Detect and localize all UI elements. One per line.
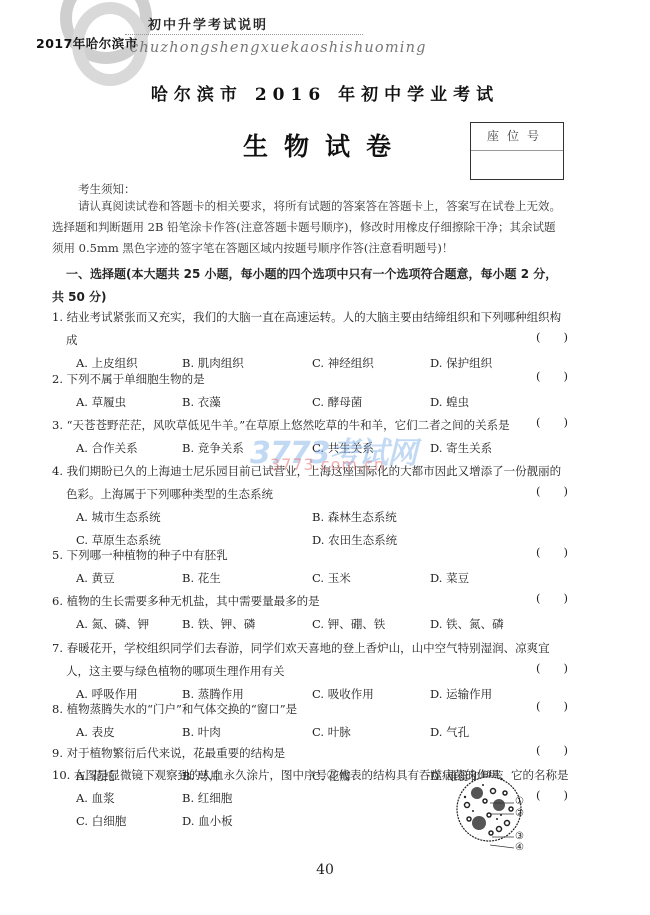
option-a: A. 合作关系 [76,437,138,460]
header-series-pinyin: chuzhongshengxuekaoshishuoming [130,40,427,56]
exam-title: 哈尔滨市 2016 年初中学业考试 [0,80,650,105]
callout-3: ③ [515,831,524,842]
option-b: B. 红细胞 [182,787,232,810]
option-a: A. 氮、磷、钾 [76,613,149,636]
option-c: C. 酵母菌 [312,391,362,414]
watermark-url: 3773.com.cn [270,455,385,474]
option-a: A. 城市生态系统 [76,506,161,529]
option-d: D. 血小板 [182,810,233,833]
notice-body: 请认真阅读试卷和答题卡的相关要求，将所有试题的答案答在答题卡上，答案写在试卷上无… [52,196,562,259]
question-text: 1. 结业考试紧张而又充实，我们的大脑一直在高速运转。人的大脑主要由结缔组织和下… [52,306,566,352]
answer-blank: ( ) [536,483,568,499]
option-c: C. 叶脉 [312,721,351,744]
answer-blank: ( ) [536,660,568,676]
option-b: B. 花生 [182,567,221,590]
header-year-city: 2017年哈尔滨市 [36,34,138,52]
callout-1: ① [515,796,524,807]
option-b: B. 森林生态系统 [312,506,397,529]
option-a: A. 血浆 [76,787,115,810]
section-heading: 一、选择题(本大题共 25 小题，每小题的四个选项中只有一个选项符合题意，每小题… [52,263,562,309]
answer-blank: ( ) [536,329,568,345]
seat-number-box: 座位号 [470,122,564,180]
options-row: A. 城市生态系统 B. 森林生态系统 [52,506,568,529]
option-d: D. 蝗虫 [430,391,469,414]
options-row: A. 黄豆 B. 花生 C. 玉米 D. 菜豆 [52,567,568,590]
answer-blank: ( ) [536,590,568,606]
question-text: 7. 春暖花开，学校组织同学们去春游，同学们欢天喜地的登上香炉山，山中空气特别湿… [52,637,566,683]
question-5: 5. 下列哪一种植物的种子中有胚乳 ( ) A. 黄豆 B. 花生 C. 玉米 … [52,544,568,590]
answer-blank: ( ) [536,698,568,714]
options-row: A. 草履虫 B. 衣藻 C. 酵母菌 D. 蝗虫 [52,391,568,414]
option-c: C. 玉米 [312,567,351,590]
option-a: A. 黄豆 [76,567,115,590]
question-text: 8. 植物蒸腾失水的“门户”和气体交换的“窗口”是 [52,698,568,721]
answer-blank: ( ) [536,414,568,430]
option-d: D. 铁、氮、磷 [430,613,504,636]
option-d: D. 菜豆 [430,567,469,590]
answer-blank: ( ) [536,544,568,560]
page-number: 40 [0,862,650,878]
header-dotted-divider [125,34,363,35]
question-8: 8. 植物蒸腾失水的“门户”和气体交换的“窗口”是 ( ) A. 表皮 B. 叶… [52,698,568,744]
options-row: A. 氮、磷、钾 B. 铁、钾、磷 C. 钾、硼、铁 D. 铁、氮、磷 [52,613,568,636]
option-d: D. 气孔 [430,721,469,744]
callout-4: ④ [515,842,524,853]
option-c: C. 白细胞 [76,810,126,833]
option-d: D. 寄生关系 [430,437,492,460]
option-b: B. 叶肉 [182,721,221,744]
options-row: A. 表皮 B. 叶肉 C. 叶脉 D. 气孔 [52,721,568,744]
question-2: 2. 下列不属于单细胞生物的是 ( ) A. 草履虫 B. 衣藻 C. 酵母菌 … [52,368,568,414]
option-c: C. 钾、硼、铁 [312,613,385,636]
question-text: 6. 植物的生长需要多种无机盐，其中需要量最多的是 [52,590,568,613]
question-6: 6. 植物的生长需要多种无机盐，其中需要量最多的是 ( ) A. 氮、磷、钾 B… [52,590,568,636]
answer-blank: ( ) [536,742,568,758]
callout-2: ② [515,808,524,819]
seat-number-label: 座位号 [471,123,563,151]
option-a: A. 表皮 [76,721,115,744]
option-b: B. 衣藻 [182,391,221,414]
question-text: 2. 下列不属于单细胞生物的是 [52,368,568,391]
question-text: 9. 对于植物繁衍后代来说，花最重要的结构是 [52,742,568,765]
header-series-title: 初中升学考试说明 [148,14,268,33]
question-7: 7. 春暖花开，学校组织同学们去春游，同学们欢天喜地的登上香炉山，山中空气特别湿… [52,637,568,706]
notice-heading: 考生须知： [78,181,136,197]
question-text: 5. 下列哪一种植物的种子中有胚乳 [52,544,568,567]
option-b: B. 铁、钾、磷 [182,613,255,636]
question-1: 1. 结业考试紧张而又充实，我们的大脑一直在高速运转。人的大脑主要由结缔组织和下… [52,306,568,375]
answer-blank: ( ) [536,368,568,384]
option-a: A. 草履虫 [76,391,126,414]
option-b: B. 竞争关系 [182,437,244,460]
